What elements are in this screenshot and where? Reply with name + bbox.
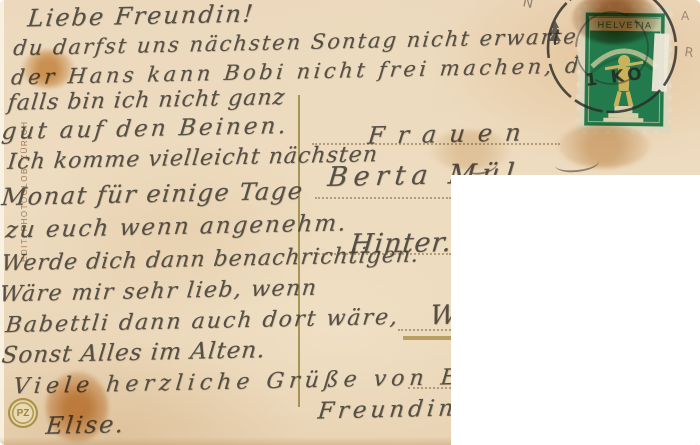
- message-line: Liebe Freundin!: [26, 0, 256, 32]
- postmark-date-text: 1 KO: [584, 64, 647, 91]
- message-line: Ich komme vielleicht nächsten: [6, 142, 379, 175]
- ink-underline-bar: [403, 336, 452, 340]
- scan-edge-left: [0, 0, 4, 445]
- stain-blob: [558, 124, 650, 168]
- privacy-whiteout-rectangle: [451, 175, 700, 445]
- message-signature-role: Freundin: [317, 396, 459, 425]
- stain-blob: [22, 50, 74, 88]
- postmark-letter: A: [681, 9, 690, 23]
- message-line: gut auf den Beinen.: [0, 113, 290, 145]
- stain-blob: [430, 130, 510, 170]
- message-line: falls bin ich nicht ganz: [6, 85, 286, 116]
- message-line: Sonst Alles im Alten.: [0, 337, 267, 369]
- address-street: Hinter.,: [348, 227, 463, 260]
- message-line: Babettli dann auch dort wäre,: [4, 305, 400, 338]
- message-line: Monat für einige Tage: [0, 177, 305, 211]
- postcard-back: EDIT. PHOTOGLOB, ZÜRICH PZ Liebe Freundi…: [0, 0, 700, 445]
- stain-blob: [46, 372, 108, 442]
- postmark-letter: R: [683, 45, 694, 61]
- address-line-2: [315, 197, 451, 199]
- publisher-logo: PZ: [8, 398, 38, 428]
- message-line: Wäre mir sehr lieb, wenn: [0, 276, 319, 308]
- postmark-letter: N: [521, 0, 535, 12]
